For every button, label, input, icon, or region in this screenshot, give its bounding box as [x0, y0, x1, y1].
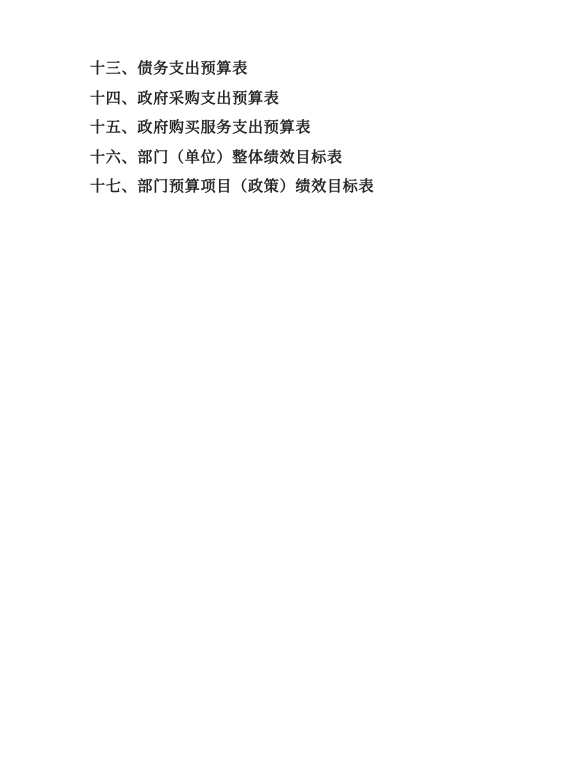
toc-list: 十三、债务支出预算表 十四、政府采购支出预算表 十五、政府购买服务支出预算表 十…	[90, 54, 374, 202]
toc-item-16: 十六、部门（单位）整体绩效目标表	[90, 143, 374, 173]
toc-item-15: 十五、政府购买服务支出预算表	[90, 113, 374, 143]
document-page: 十三、债务支出预算表 十四、政府采购支出预算表 十五、政府购买服务支出预算表 十…	[0, 0, 586, 767]
toc-item-17: 十七、部门预算项目（政策）绩效目标表	[90, 172, 374, 202]
toc-item-13: 十三、债务支出预算表	[90, 54, 374, 84]
toc-item-14: 十四、政府采购支出预算表	[90, 84, 374, 114]
